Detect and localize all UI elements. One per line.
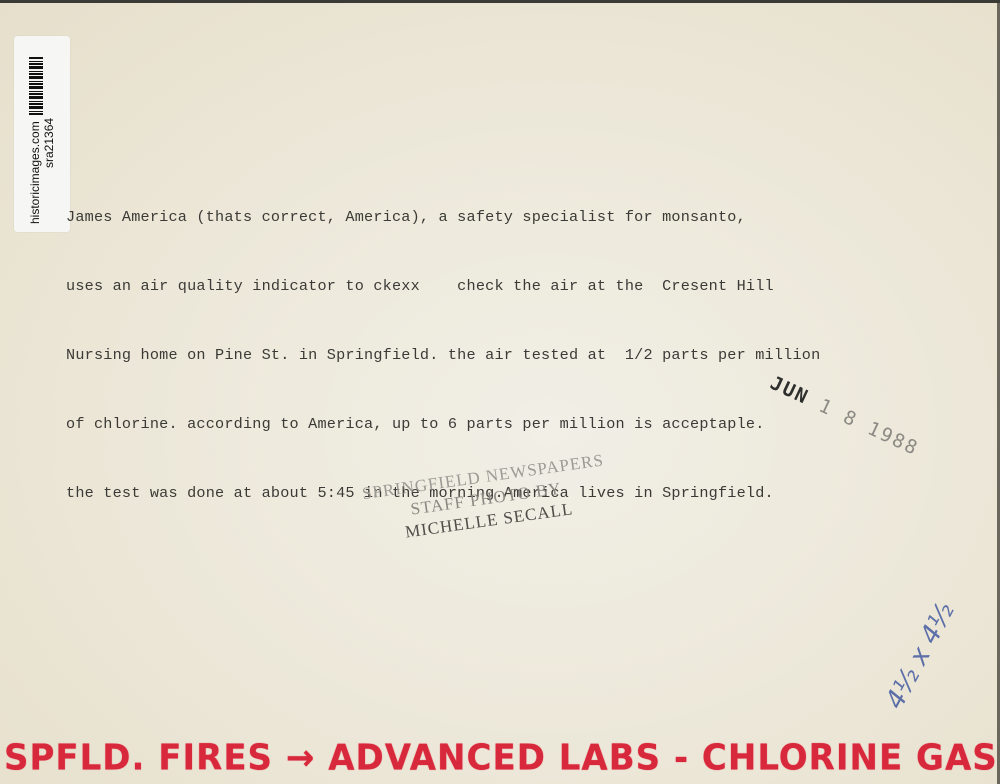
caption-line: uses an air quality indicator to ckexx c… — [66, 275, 996, 298]
barcode-site-row: historicimages.com — [29, 44, 43, 224]
red-marker-annotation: SPFLD. FIRES → ADVANCED LABS - CHLORINE … — [4, 737, 998, 779]
caption-line: Nursing home on Pine St. in Springfield.… — [66, 344, 996, 367]
photo-back-paper: historicimages.com sra21364 James Americ… — [0, 0, 1000, 784]
barcode-icon — [29, 57, 43, 115]
barcode-id: sra21364 — [43, 44, 56, 168]
barcode-label: historicimages.com sra21364 — [14, 36, 70, 232]
pencil-size-annotation: 4½ x 4½ — [880, 598, 961, 714]
barcode-site-text: historicimages.com — [29, 121, 42, 224]
caption-line: James America (thats correct, America), … — [66, 206, 996, 229]
